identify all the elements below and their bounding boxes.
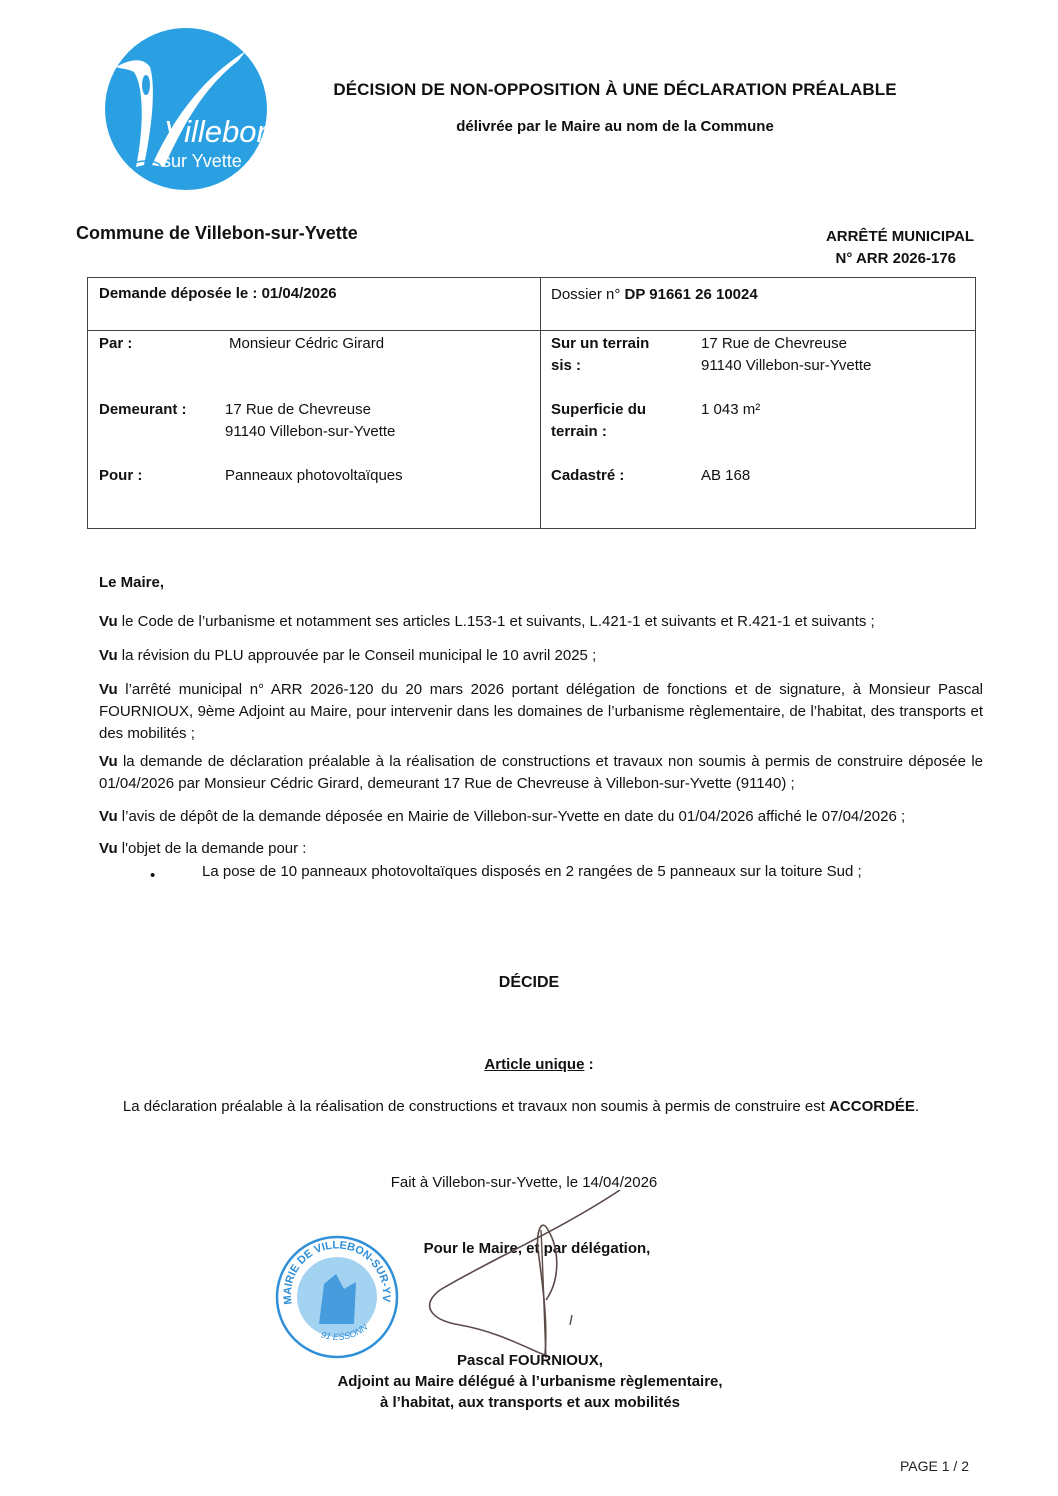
article-title: Article unique : <box>0 1056 1058 1073</box>
terrain-label: Sur un terrain sis : <box>551 333 649 377</box>
arrete-number: N° ARR 2026-176 <box>760 250 956 267</box>
cadastre-value: AB 168 <box>701 465 750 487</box>
signatory-name: Pascal FOURNIOUX, <box>300 1350 760 1371</box>
pour-label: Pour : <box>99 465 142 487</box>
table-divider-horizontal <box>87 330 976 331</box>
par-label: Par : <box>99 333 132 355</box>
document-title: DÉCISION DE NON-OPPOSITION À UNE DÉCLARA… <box>300 80 930 100</box>
info-table <box>87 277 976 529</box>
decide-heading: DÉCIDE <box>0 974 1058 992</box>
superficie-value: 1 043 m² <box>701 399 760 421</box>
document-subtitle: délivrée par le Maire au nom de la Commu… <box>300 118 930 135</box>
demande-date: Demande déposée le : 01/04/2026 <box>99 283 337 305</box>
decision-text: La déclaration préalable à la réalisatio… <box>0 1098 1042 1115</box>
considerant-1: Vu le Code de l’urbanisme et notamment s… <box>99 611 983 633</box>
superficie-label: Superficie du terrain : <box>551 399 646 443</box>
considerant-2: Vu la révision du PLU approuvée par le C… <box>99 645 983 667</box>
commune-name: Commune de Villebon-sur-Yvette <box>76 223 358 244</box>
dossier-number: Dossier n° DP 91661 26 10024 <box>551 284 758 306</box>
fait-a-date: Fait à Villebon-sur-Yvette, le 14/04/202… <box>300 1174 748 1191</box>
page-number: PAGE 1 / 2 <box>900 1458 969 1474</box>
arrete-label: ARRÊTÉ MUNICIPAL <box>760 228 974 245</box>
considerant-6: Vu l'objet de la demande pour : <box>99 838 983 860</box>
mairie-stamp-icon: MAIRIE DE VILLEBON-SUR-YVETTE 91 ESSONNE <box>274 1234 400 1360</box>
demeurant-label: Demeurant : <box>99 399 187 421</box>
terrain-address: 17 Rue de Chevreuse 91140 Villebon-sur-Y… <box>701 333 871 377</box>
pour-value: Panneaux photovoltaïques <box>225 465 403 487</box>
table-divider-vertical <box>540 277 541 529</box>
bullet-icon: • <box>150 867 155 884</box>
signatory-role-line2: à l’habitat, aux transports et aux mobil… <box>300 1392 760 1413</box>
bullet-item: La pose de 10 panneaux photovoltaïques d… <box>202 863 862 880</box>
signatory: Pascal FOURNIOUX, Adjoint au Maire délég… <box>300 1350 760 1413</box>
considerant-3: Vu l’arrêté municipal n° ARR 2026-120 du… <box>99 679 983 745</box>
par-value: Monsieur Cédric Girard <box>229 333 384 355</box>
cadastre-label: Cadastré : <box>551 465 624 487</box>
logo-text-villebon: Villebon <box>164 114 268 149</box>
signatory-role-line1: Adjoint au Maire délégué à l’urbanisme r… <box>300 1371 760 1392</box>
villebon-logo-icon: Villebon sur Yvette <box>104 27 268 191</box>
considerant-4: Vu la demande de déclaration préalable à… <box>99 751 983 795</box>
svg-text:sur Yvette: sur Yvette <box>162 151 242 171</box>
handwritten-signature-icon <box>410 1190 650 1360</box>
intro-le-maire: Le Maire, <box>99 572 983 594</box>
decision-status: ACCORDÉE <box>829 1098 915 1115</box>
considerant-5: Vu l’avis de dépôt de la demande déposée… <box>99 806 983 828</box>
demeurant-value: 17 Rue de Chevreuse 91140 Villebon-sur-Y… <box>225 399 395 443</box>
